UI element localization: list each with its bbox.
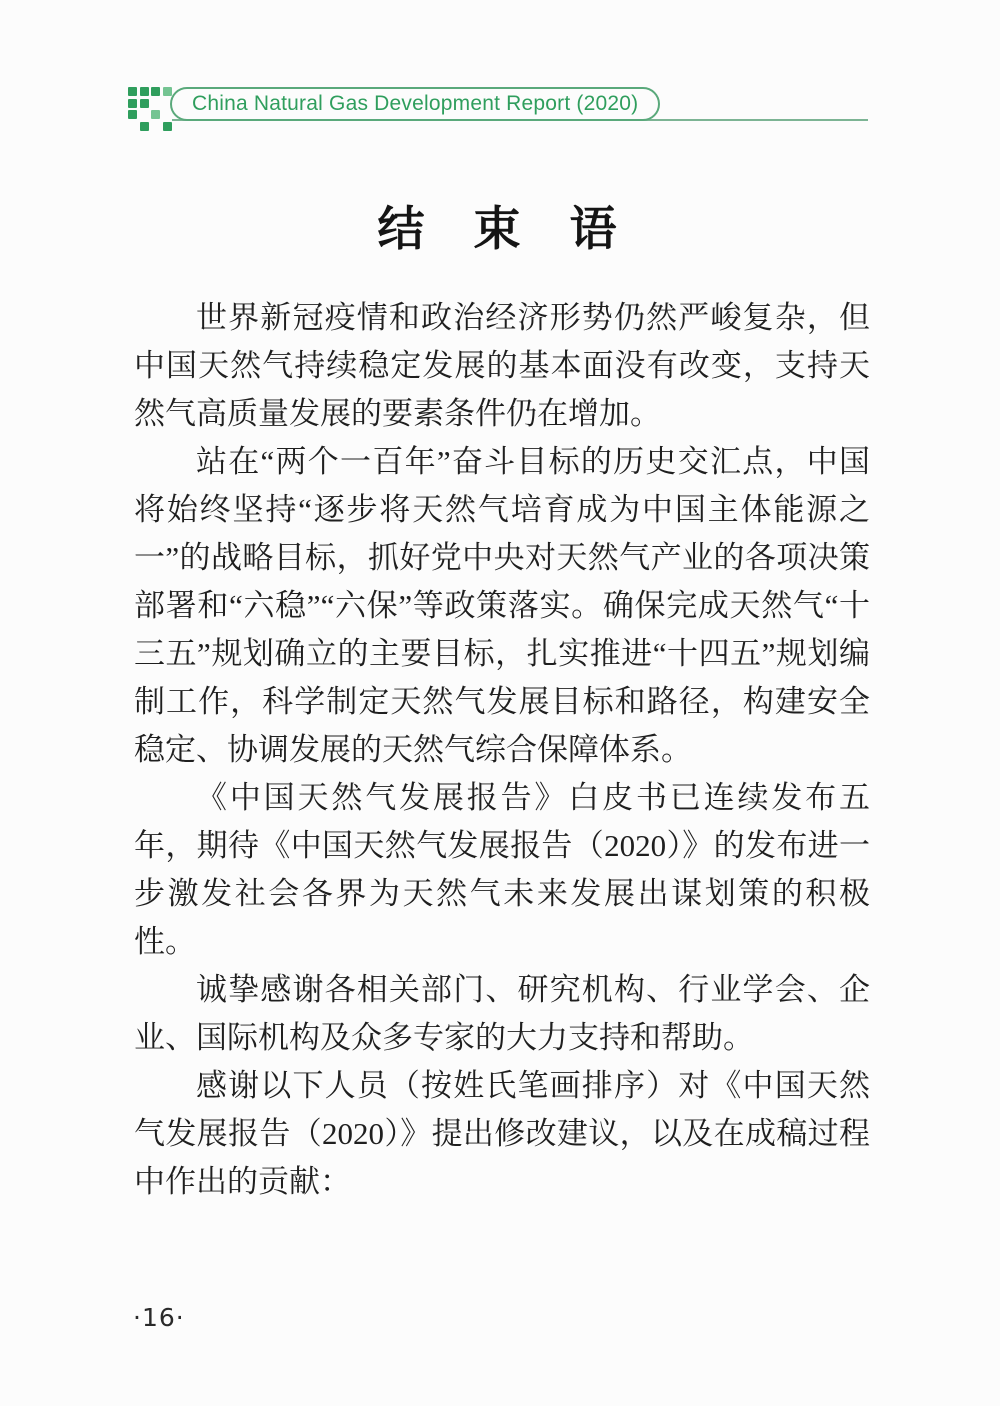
paragraph: 站在“两个一百年”奋斗目标的历史交汇点，中国将始终坚持“逐步将天然气培育成为中国… [134,438,870,774]
document-page: China Natural Gas Development Report (20… [0,0,1000,1406]
paragraph: 世界新冠疫情和政治经济形势仍然严峻复杂，但中国天然气持续稳定发展的基本面没有改变… [134,294,870,438]
report-title-badge: China Natural Gas Development Report (20… [170,87,660,121]
paragraph: 《中国天然气发展报告》白皮书已连续发布五年，期待《中国天然气发展报告（2020）… [134,774,870,966]
page-number: ·16· [133,1303,185,1332]
document-title: 结 束 语 [0,192,1000,259]
document-body: 世界新冠疫情和政治经济形势仍然严峻复杂，但中国天然气持续稳定发展的基本面没有改变… [134,294,870,1206]
paragraph: 感谢以下人员（按姓氏笔画排序）对《中国天然气发展报告（2020）》提出修改建议，… [134,1062,870,1206]
brand-pixel-logo-icon [128,87,172,131]
paragraph: 诚挚感谢各相关部门、研究机构、行业学会、企业、国际机构及众多专家的大力支持和帮助… [134,966,870,1062]
report-title: China Natural Gas Development Report (20… [192,92,638,116]
